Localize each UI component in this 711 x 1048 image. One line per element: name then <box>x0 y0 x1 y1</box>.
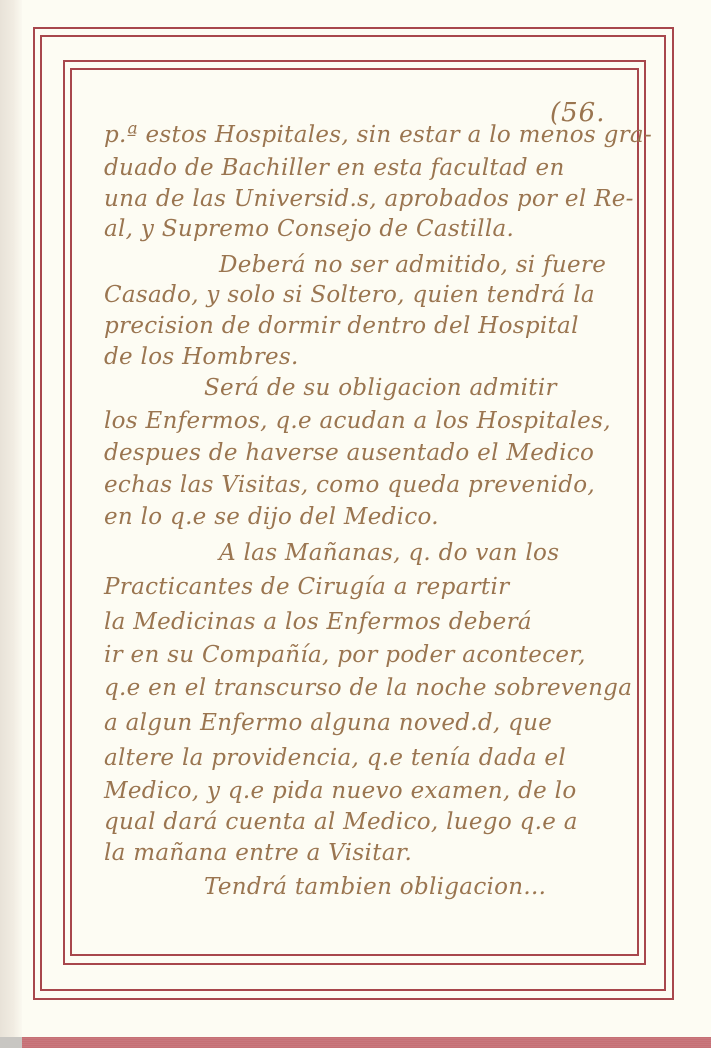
manuscript-paragraph-start: Será de su obligacion admitir <box>204 375 557 401</box>
manuscript-line: duado de Bachiller en esta facultad en <box>104 155 565 181</box>
manuscript-line: Practicantes de Cirugía a repartir <box>104 574 509 600</box>
manuscript-line: q.e en el transcurso de la noche sobreve… <box>104 675 632 701</box>
manuscript-paragraph-start: A las Mañanas, q. do van los <box>219 540 559 566</box>
manuscript-line: a algun Enfermo alguna noved.d, que <box>104 710 552 736</box>
manuscript-line: la Medicinas a los Enfermos deberá <box>104 609 532 635</box>
manuscript-line: altere la providencia, q.e tenía dada el <box>104 745 566 771</box>
manuscript-paragraph-start: Tendrá tambien obligacion... <box>204 874 546 900</box>
manuscript-line: p.ª estos Hospitales, sin estar a lo men… <box>104 122 652 148</box>
manuscript-line: Casado, y solo si Soltero, quien tendrá … <box>104 282 595 308</box>
manuscript-line: echas las Visitas, como queda prevenido, <box>104 472 595 498</box>
manuscript-line: qual dará cuenta al Medico, luego q.e a <box>104 809 578 835</box>
manuscript-line: al, y Supremo Consejo de Castilla. <box>104 216 514 242</box>
page-gutter-shadow <box>0 0 22 1048</box>
manuscript-line: precision de dormir dentro del Hospital <box>104 313 579 339</box>
page-bottom-edge <box>22 1037 711 1048</box>
manuscript-line: la mañana entre a Visitar. <box>104 840 412 866</box>
manuscript-line: los Enfermos, q.e acudan a los Hospitale… <box>104 408 611 434</box>
manuscript-line: Medico, y q.e pida nuevo examen, de lo <box>104 778 576 804</box>
manuscript-line: en lo q.e se dijo del Medico. <box>104 504 439 530</box>
manuscript-paragraph-start: Deberá no ser admitido, si fuere <box>219 252 606 278</box>
manuscript-line: ir en su Compañía, por poder acontecer, <box>104 642 586 668</box>
page-edge-corner <box>0 1037 22 1048</box>
manuscript-line: de los Hombres. <box>104 344 299 370</box>
manuscript-line: una de las Universid.s, aprobados por el… <box>104 186 634 212</box>
manuscript-line: despues de haverse ausentado el Medico <box>104 440 594 466</box>
